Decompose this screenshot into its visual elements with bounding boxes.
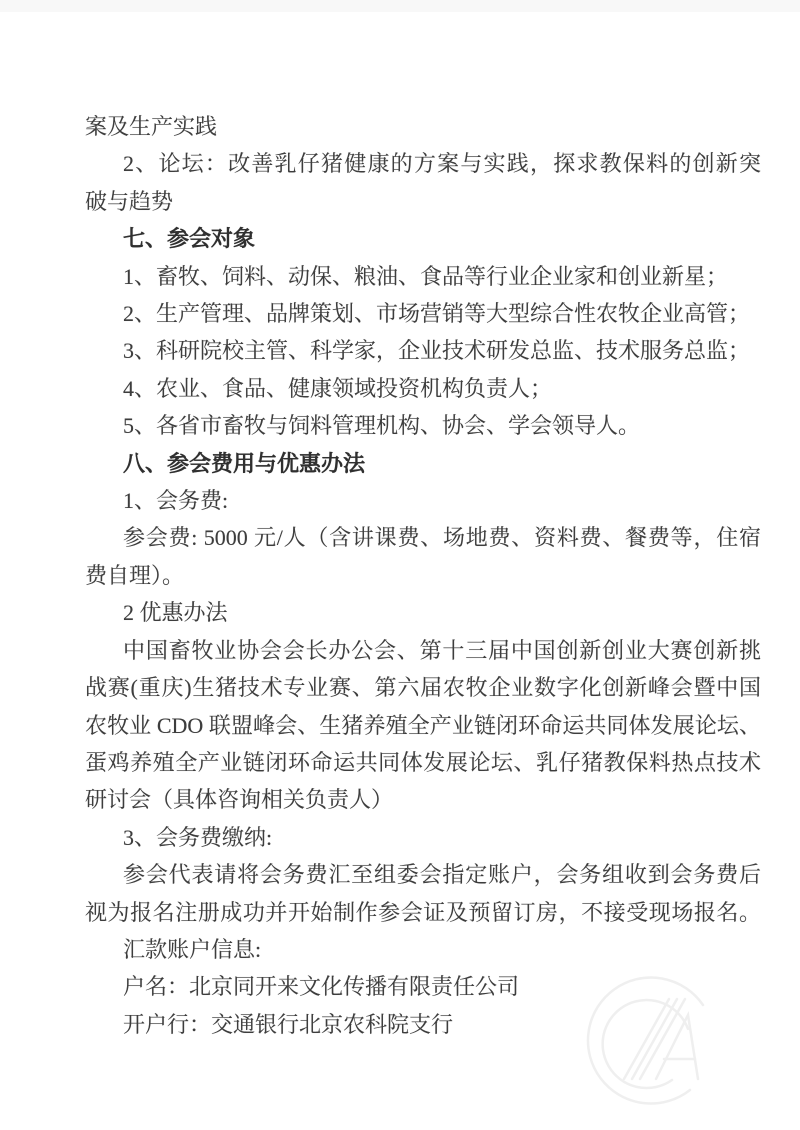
discount-paragraph-line: 蛋鸡养殖全产业链闭环命运共同体发展论坛、乳仔猪教保料热点技术: [85, 744, 761, 781]
paragraph-continuation-line: 费自理）。: [85, 557, 761, 594]
list-item: 5、各省市畜牧与饲料管理机构、协会、学会领导人。: [85, 407, 761, 444]
document-body: 案及生产实践 2、论坛：改善乳仔猪健康的方案与实践，探求教保料的创新突 破与趋势…: [85, 108, 761, 1043]
photo-top-edge: [0, 0, 800, 12]
account-name-line: 户名：北京同开来文化传播有限责任公司: [85, 968, 761, 1005]
discount-paragraph-line: 研讨会（具体咨询相关负责人）: [85, 781, 761, 818]
list-item: 2、生产管理、品牌策划、市场营销等大型综合性农牧企业高管；: [85, 295, 761, 332]
list-item: 4、农业、食品、健康领域投资机构负责人；: [85, 370, 761, 407]
fee-detail-line: 参会费: 5000 元/人（含讲课费、场地费、资料费、餐费等，住宿: [85, 519, 761, 556]
list-item: 1、畜牧、饲料、动保、粮油、食品等行业企业家和创业新星；: [85, 258, 761, 295]
remittance-info-label: 汇款账户信息:: [85, 931, 761, 968]
subsection-label-discount: 2 优惠办法: [85, 594, 761, 631]
section-heading-participants: 七、参会对象: [85, 220, 761, 257]
paragraph-continuation-line: 破与趋势: [85, 183, 761, 220]
discount-paragraph-line: 中国畜牧业协会会长办公会、第十三届中国创新创业大赛创新挑: [85, 632, 761, 669]
subsection-label-payment: 3、会务费缴纳:: [85, 819, 761, 856]
paragraph-continuation-line: 案及生产实践: [85, 108, 761, 145]
discount-paragraph-line: 战赛(重庆)生猪技术专业赛、第六届农牧企业数字化创新峰会暨中国: [85, 669, 761, 706]
forum-item-line: 2、论坛：改善乳仔猪健康的方案与实践，探求教保料的创新突: [85, 145, 761, 182]
bank-branch-line: 开户行：交通银行北京农科院支行: [85, 1006, 761, 1043]
discount-paragraph-line: 农牧业 CDO 联盟峰会、生猪养殖全产业链闭环命运共同体发展论坛、: [85, 707, 761, 744]
payment-paragraph-line: 参会代表请将会务费汇至组委会指定账户，会务组收到会务费后: [85, 856, 761, 893]
section-heading-fees: 八、参会费用与优惠办法: [85, 445, 761, 482]
payment-paragraph-line: 视为报名注册成功并开始制作参会证及预留订房，不接受现场报名。: [85, 894, 761, 931]
subsection-label-fee: 1、会务费:: [85, 482, 761, 519]
list-item: 3、科研院校主管、科学家，企业技术研发总监、技术服务总监；: [85, 332, 761, 369]
